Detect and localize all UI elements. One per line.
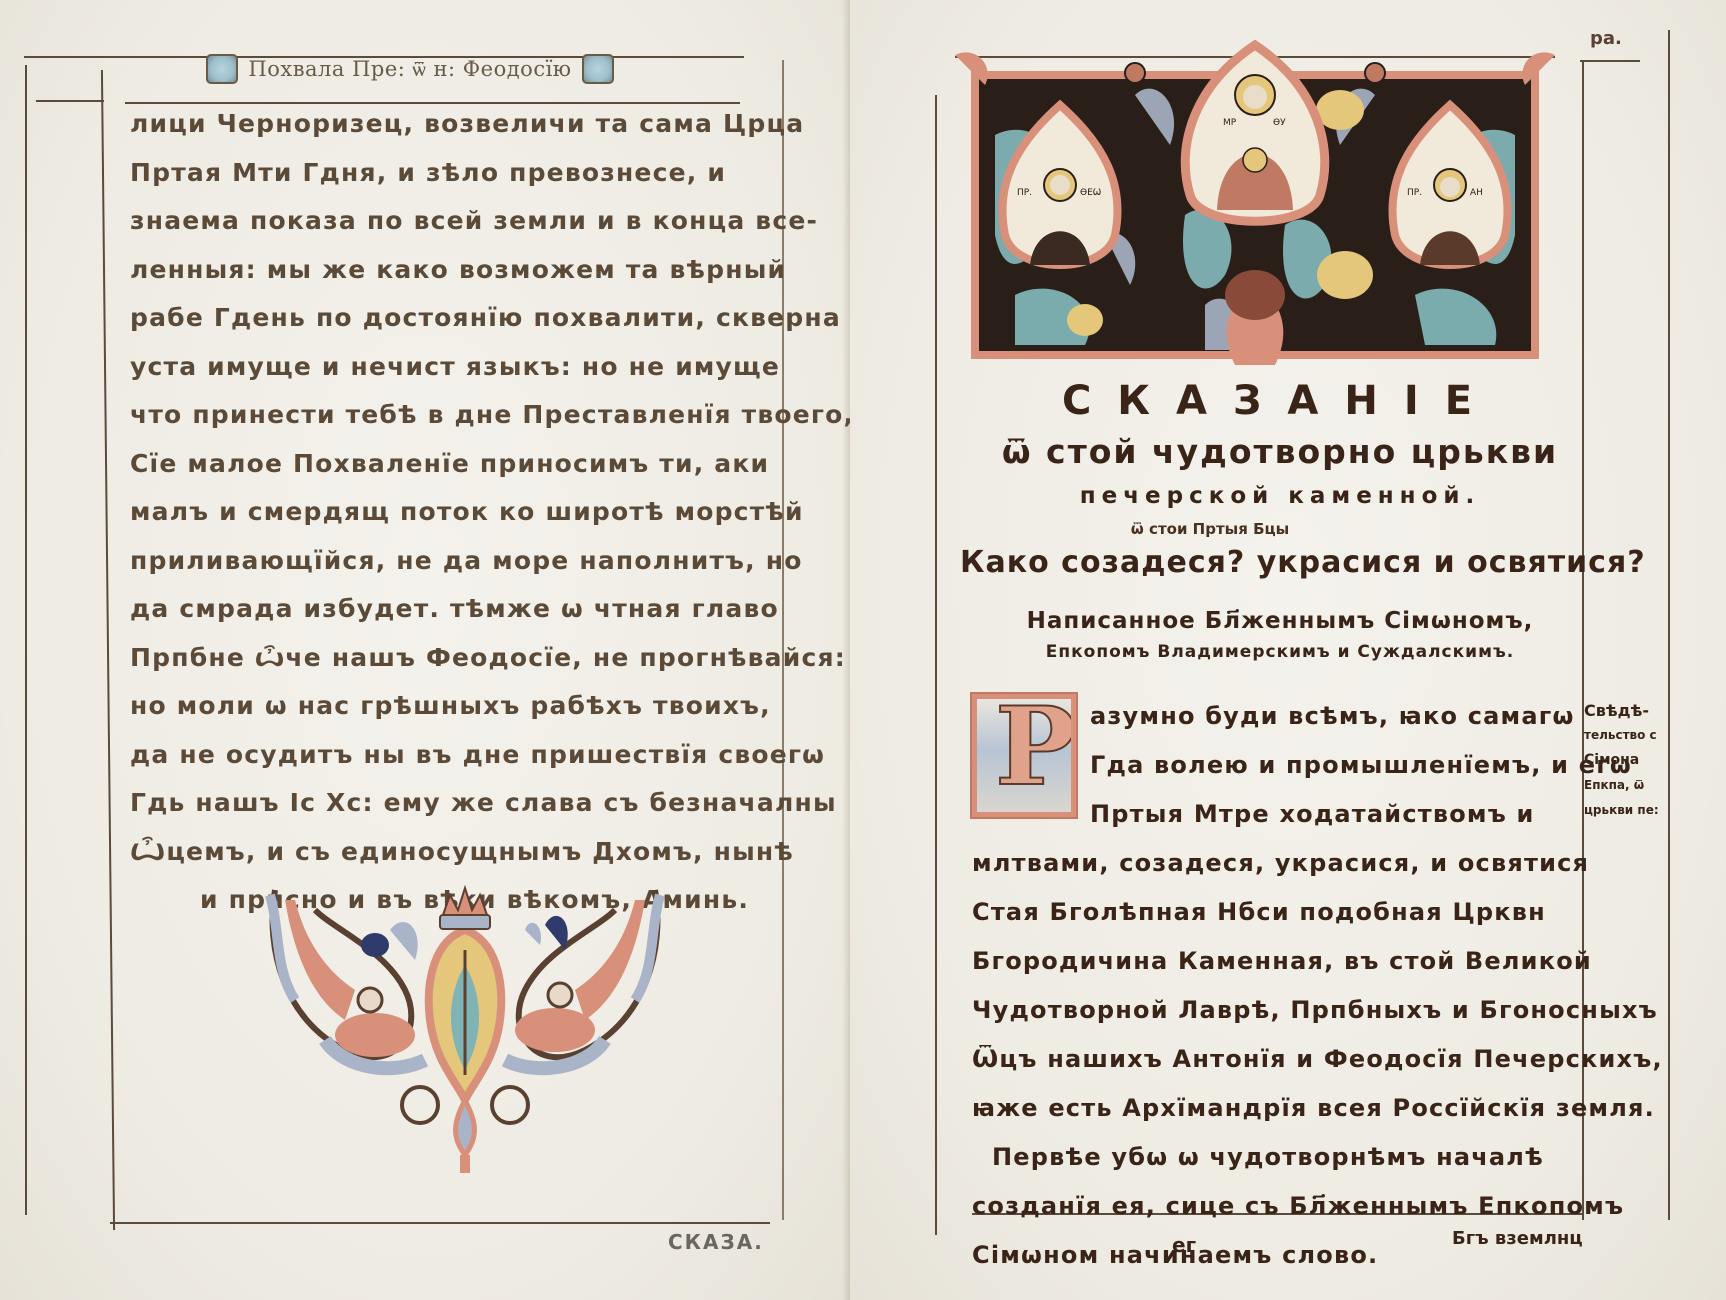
headpiece-woodcut-icon: ПР. ѲЕѠ МР ѲУ ПР. АН bbox=[955, 35, 1555, 365]
text-line: малъ и смердящ поток ко широтѣ морстѣй bbox=[130, 488, 740, 537]
folio-number: ра. bbox=[1590, 28, 1622, 49]
text-line: да не осудитъ ны въ дне пришествїя своег… bbox=[130, 731, 740, 780]
text-line: Чудотворной Лаврѣ, Прпбныхъ и Бгоносныхъ bbox=[972, 986, 1592, 1035]
text-line: млтвами, созадеся, украсися, и освятися bbox=[972, 839, 1592, 888]
running-head-text: Похвала Пре: ѿ н: Феодосїю bbox=[248, 57, 571, 82]
text-line: Ѽцемъ, и съ единосущнымъ Дхомъ, нынѣ bbox=[130, 828, 740, 877]
title-line-2: ѿ стой чудотворно црькви bbox=[960, 432, 1600, 471]
title-skazanie: СКАЗАНІЕ bbox=[1000, 378, 1560, 424]
text-line: Прпбне ѽче нашъ Феодосїе, не прогнѣвайся… bbox=[130, 634, 740, 683]
marginal-line: Епкпа, ѿ bbox=[1584, 773, 1670, 798]
right-page-text: азумно буди всѣмъ, ꙗко самагѡ Гда волею … bbox=[972, 692, 1592, 1280]
text-line: Ѿцъ нашихъ Антонїя и Феодосїя Печерскихъ… bbox=[972, 1035, 1592, 1084]
text-line: уста имуще и нечист языкъ: но не имуще bbox=[130, 343, 740, 392]
text-line: да смрада избудет. тѣмже ѡ чтная главо bbox=[130, 585, 740, 634]
running-head: Похвала Пре: ѿ н: Феодосїю bbox=[190, 52, 630, 86]
left-footer-rule bbox=[110, 1222, 770, 1224]
marginal-line: Свѣдѣ- bbox=[1584, 698, 1670, 723]
text-line: Первѣе убѡ ѡ чудотворнѣмъ началѣ bbox=[972, 1133, 1592, 1182]
ornament-icon bbox=[582, 54, 614, 84]
text-line: Стая Бголѣпная Нбси подобная Црквн bbox=[972, 888, 1592, 937]
marginal-line: црькви пе: bbox=[1584, 798, 1670, 823]
text-line: ꙗже есть Архїмандрїя всея Россїйскїя зем… bbox=[972, 1084, 1592, 1133]
text-line: ленныя: мы же како возможем та вѣрный bbox=[130, 246, 740, 295]
left-margin-rule bbox=[36, 100, 104, 102]
svg-text:МР: МР bbox=[1223, 118, 1237, 128]
catchword: СКАЗА. bbox=[668, 1230, 764, 1254]
right-inner-vertical-rule bbox=[935, 95, 937, 1235]
svg-text:ПР.: ПР. bbox=[1407, 188, 1422, 198]
marginal-note: Свѣдѣ- тельство с Сімона Епкпа, ѿ црькви… bbox=[1584, 698, 1670, 823]
right-margin-vertical-rule bbox=[1668, 30, 1670, 1220]
right-folio-rule bbox=[1580, 60, 1640, 62]
marginal-line: тельство с bbox=[1584, 723, 1670, 748]
text-line: Сїе малое Похваленїе приносимъ ти, аки bbox=[130, 440, 740, 489]
book-spread: Похвала Пре: ѿ н: Феодосїю лици Чернориз… bbox=[0, 0, 1726, 1300]
text-line: азумно буди всѣмъ, ꙗко самагѡ bbox=[972, 692, 1592, 741]
title-line-4: ѿ стои Пртыя Бцы bbox=[1060, 520, 1360, 538]
text-line: лици Черноризец, возвеличи та сама Црца bbox=[130, 100, 740, 149]
title-line-3: печерской каменной. bbox=[960, 483, 1600, 509]
text-line: Бгородичина Каменная, въ стой Великой bbox=[972, 937, 1592, 986]
svg-text:ѲЕѠ: ѲЕѠ bbox=[1080, 188, 1101, 198]
text-line: рабе Гдень по достоянїю похвалити, сквер… bbox=[130, 294, 740, 343]
text-line: Гда волею и промышленїемъ, и егѡ bbox=[972, 741, 1592, 790]
text-line: Пртая Мти Гдня, и зѣло превознесе, и bbox=[130, 149, 740, 198]
left-page-text: лици Черноризец, возвеличи та сама Црца … bbox=[130, 100, 740, 925]
svg-text:АН: АН bbox=[1470, 188, 1483, 198]
left-inner-vertical-rule bbox=[101, 70, 115, 1230]
tailpiece-ornament-icon bbox=[255, 870, 675, 1180]
text-line: что принести тебѣ в дне Преставленїя тво… bbox=[130, 391, 740, 440]
text-line: знаема показа по всей земли и в конца вс… bbox=[130, 197, 740, 246]
catchword: Бгъ вземлнц bbox=[1452, 1228, 1583, 1249]
signature-mark: ег bbox=[1172, 1233, 1196, 1257]
text-line: приливающїйся, не да море наполнитъ, но bbox=[130, 537, 740, 586]
marginal-line: Сімона bbox=[1584, 748, 1670, 773]
title-line-5: Како созадеся? украсися и освятися? bbox=[960, 545, 1600, 580]
text-line: созданїя ея, сице съ Бл҃женнымъ Епкопомъ bbox=[972, 1182, 1592, 1231]
title-line-6: Написанное Бл҃женнымъ Сімѡномъ, bbox=[960, 608, 1600, 634]
left-outer-vertical-rule bbox=[25, 65, 27, 1215]
text-line: Пртыя Мтре ходатайствомъ и bbox=[972, 790, 1592, 839]
headpiece-left-label: ПР. bbox=[1017, 188, 1032, 198]
title-line-7: Епкопомъ Владимерскимъ и Суждалскимъ. bbox=[960, 642, 1600, 662]
left-page: Похвала Пре: ѿ н: Феодосїю лици Чернориз… bbox=[0, 0, 850, 1300]
text-line: Гдь нашъ Іс Хс: ему же слава съ безначал… bbox=[130, 779, 740, 828]
ornament-icon bbox=[206, 54, 238, 84]
svg-text:ѲУ: ѲУ bbox=[1273, 118, 1286, 128]
text-line: но моли ѡ нас грѣшныхъ рабѣхъ твоихъ, bbox=[130, 682, 740, 731]
